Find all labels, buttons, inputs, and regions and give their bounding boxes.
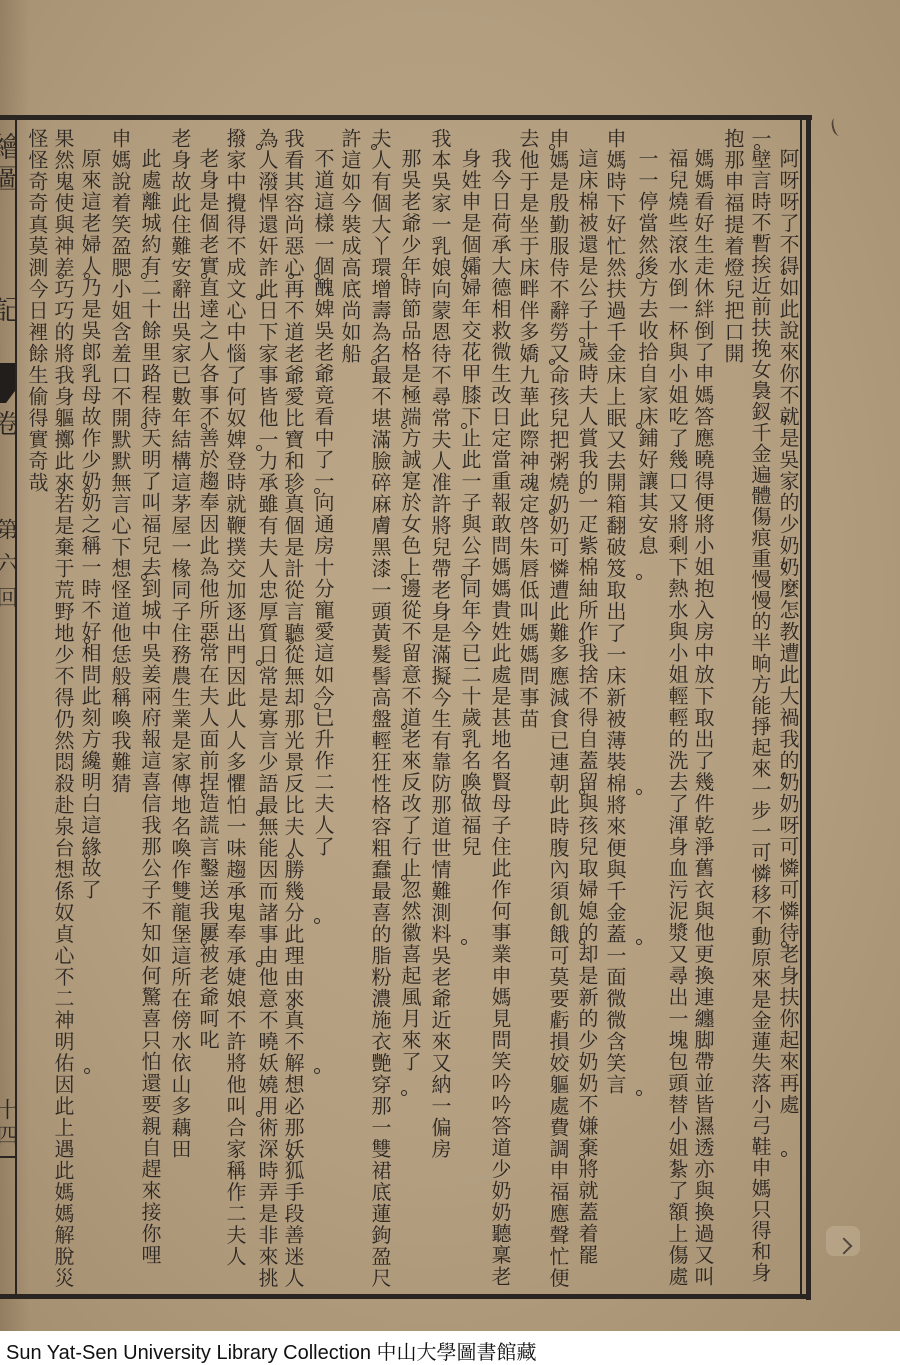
text-column: 我今日荷承大德相救微生改日定當重報敢問媽媽貴姓此處是甚地名賢母子住此作何事業申媽… (486, 148, 514, 1288)
text-column: 老身是個老實直達之人各事不善於趨奉因此為他所惡常在夫人面前捏造謊言鑿送我屢被老爺… (194, 148, 222, 1051)
margin-chapter: 第六回 (0, 518, 15, 620)
text-column: 身姓申是個孀婦年交花甲膝下止此一子與公子同年今已二十歲乳名喚做福兒 (456, 148, 484, 858)
frame-left-rule (15, 120, 17, 1294)
text-column: 申媽是殷勤服侍不辭勞。又命孩兒把粥燒。奶奶可憐遭此難。多應減食已連朝。此時腹內須… (544, 128, 572, 1289)
text-column: 果然鬼使與神差。巧巧的將我身軀擲此來。若是棄于荒野地。少不得仍然悶殺赴泉台。想係… (49, 128, 77, 1289)
frame-bottom-rule (0, 1294, 811, 1299)
text-column: 一一停當然後方去收拾自家床鋪好讓其安息 (633, 148, 661, 557)
text-column: 申媽時下好忙然。扶過千金床上眠。又去開箱翻破笈。取出了一床新被薄裝棉。將來便與千… (601, 128, 629, 1096)
text-column: 阿呀呀了不得如此說來你不就是吳家的少奶奶麼怎教遭此大禍我的奶奶呀可憐可憐待老身扶… (774, 148, 802, 1116)
library-credit: Sun Yat-Sen University Library Collectio… (6, 1336, 537, 1365)
text-column: 申媽說着笑盈腮。小姐含羞口不開。默默無言心下想。怪道他恁般稱喚我難猜 (106, 128, 134, 795)
text-column: 去。他于是坐于床畔伴多嬌。九華此際神魂定。啓朱唇低叫媽媽問事苗 (514, 128, 542, 730)
text-column: 不道這樣一個醜婢吳老爺竟看中了一向通房十分寵愛這如今已升作二夫人了 (309, 148, 337, 858)
text-column: 此處離城約有二十餘里路程待天明了叫福兒去到城中吳姜兩府報這喜信我那公子不知如何驚… (136, 148, 164, 1266)
text-column: 怪怪奇奇真莫測。今日裡餘生偷得實奇哉。 (23, 128, 51, 494)
text-column: 我本吳家一乳娘。向蒙恩待不尋常。夫人准許將兒帶。老身是滿擬今生有靠防。那道世情難… (426, 128, 454, 1160)
margin-title-bottom: 記 (0, 295, 15, 323)
fish-tail-ornament-icon (0, 363, 15, 403)
text-column: 撥。家中攪得不成文。心中惱了何奴婢。登時就鞭撲交加逐出門。因此人人多懼怕。一味趨… (221, 128, 249, 1268)
library-credit-bar: Sun Yat-Sen University Library Collectio… (0, 1331, 900, 1365)
text-column: 抱。那申福提着燈兒把口開 (719, 128, 747, 365)
margin-title-top: 繪圖 (0, 132, 15, 196)
text-column: 媽媽看好生走休絆倒了申媽答應曉得便將小姐抱入房中放下取出了幾件乾淨舊衣與他更換連… (689, 148, 717, 1288)
text-column: 我看其容尚惡心。再不道老爺愛比寶和珍。真個是計從言聽從無却。那光景反比夫人勝幾分… (279, 128, 307, 1289)
scanned-book-page: 繪圖 記 卷 第六回 十四 阿呀呀了不得如此說來你不就是吳家的少奶奶麼怎教遭此大… (0, 0, 900, 1331)
text-column: 原來這老婦人乃是吳郎乳母故作少奶奶之稱一時不好相問此刻方纔明白這緣故了 (76, 148, 104, 901)
text-column: 福兒燒些滾水倒一杯與小姐吃了幾口又將剩下熱水與小姐輕輕的洗去了渾身血污泥漿又尋出… (663, 148, 691, 1288)
margin-volume: 卷 (0, 410, 15, 436)
margin-divider (0, 1156, 15, 1158)
text-column: 那吳老爺少年時節品格是極端方誠寔於女色上邊從不留意不道老來反改了行止忽然徽喜起風… (396, 148, 424, 1073)
book-margin-strip: 繪圖 記 卷 第六回 十四 (0, 120, 15, 1294)
text-column: 老身故此住難安。辭出吳家已數年。結構這茅屋一椽同子住。務農生業是家傳。地名喚作雙… (166, 128, 194, 1160)
margin-page-number: 十四 (0, 1098, 15, 1150)
frame-top-rule (0, 115, 812, 120)
text-column: 夫人有個大丫環。增壽為名最不堪。滿臉碎麻膚黑漆。一頭黃髮髻高盤。輕狂性格容粗蠢。… (366, 128, 394, 1289)
text-column: 這床棉被還是公子十歲時夫人賞我的一疋紫棉紬所作我捨不得自蓋留與孩兒取婦媳的却是新… (573, 148, 601, 1266)
binding-dent-mark-icon (830, 117, 844, 137)
text-column: 許。這如今裝成高底尚如船。 (336, 128, 364, 365)
frame-right-rule (806, 115, 811, 1300)
text-column: 一壁言時不暫挨。近前扶挽女裊釵。千金遍體傷痕重。慢慢的半晌方能掙起來。一步一可憐… (746, 128, 774, 1283)
